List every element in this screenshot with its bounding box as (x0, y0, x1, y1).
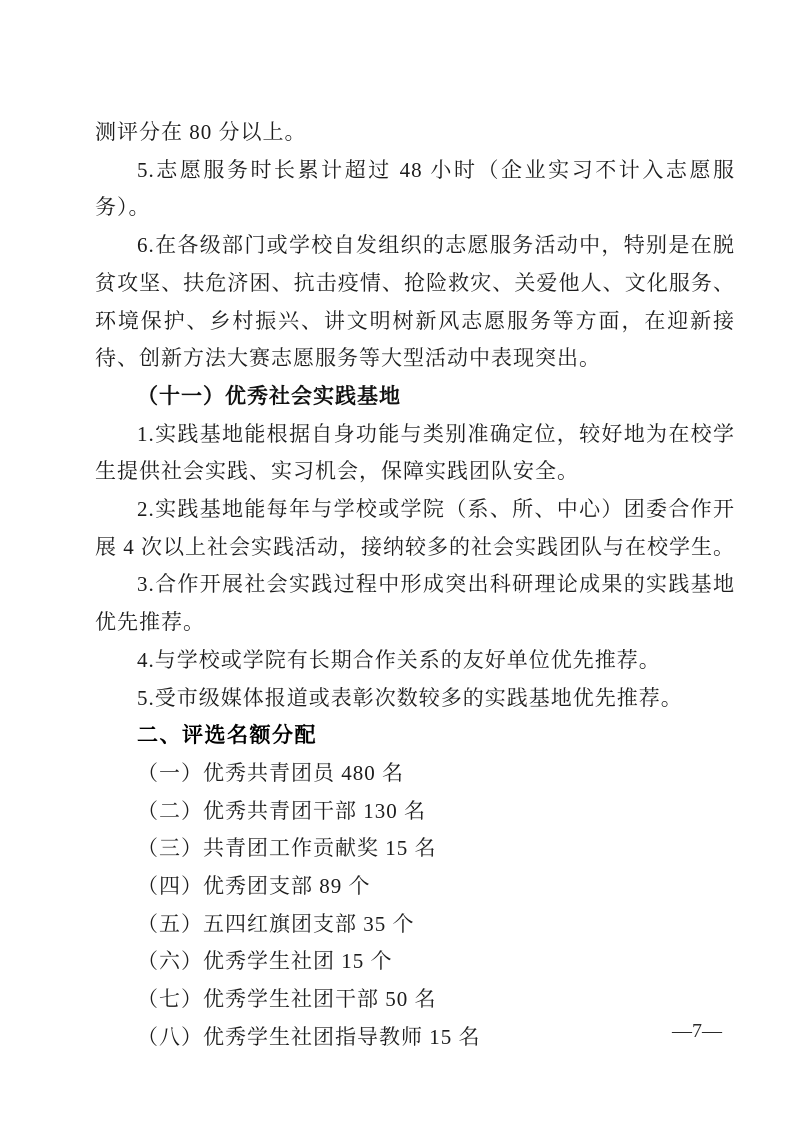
quota-item-3: （三）共青团工作贡献奖 15 名 (95, 830, 735, 868)
intro-continuation-paragraph: 测评分在 80 分以上。 (95, 114, 735, 152)
page-number: —7— (672, 1018, 722, 1044)
subsection-heading-11: （十一）优秀社会实践基地 (95, 378, 735, 416)
quota-item-7: （七）优秀学生社团干部 50 名 (95, 981, 735, 1019)
volunteer-criterion-6: 6.在各级部门或学校自发组织的志愿服务活动中，特别是在脱贫攻坚、扶危济困、抗击疫… (95, 227, 735, 378)
volunteer-criterion-5: 5.志愿服务时长累计超过 48 小时（企业实习不计入志愿服务）。 (95, 152, 735, 227)
practice-base-criterion-1: 1.实践基地能根据自身功能与类别准确定位，较好地为在校学生提供社会实践、实习机会… (95, 416, 735, 491)
quota-item-1: （一）优秀共青团员 480 名 (95, 755, 735, 793)
quota-item-6: （六）优秀学生社团 15 个 (95, 943, 735, 981)
quota-item-8: （八）优秀学生社团指导教师 15 名 (95, 1019, 735, 1057)
quota-item-5: （五）五四红旗团支部 35 个 (95, 906, 735, 944)
document-page: 测评分在 80 分以上。 5.志愿服务时长累计超过 48 小时（企业实习不计入志… (0, 0, 794, 1122)
quota-item-2: （二）优秀共青团干部 130 名 (95, 793, 735, 831)
practice-base-criterion-3: 3.合作开展社会实践过程中形成突出科研理论成果的实践基地优先推荐。 (95, 566, 735, 641)
practice-base-criterion-2: 2.实践基地能每年与学校或学院（系、所、中心）团委合作开展 4 次以上社会实践活… (95, 491, 735, 566)
practice-base-criterion-4: 4.与学校或学院有长期合作关系的友好单位优先推荐。 (95, 642, 735, 680)
document-body: 测评分在 80 分以上。 5.志愿服务时长累计超过 48 小时（企业实习不计入志… (95, 114, 735, 1057)
section-heading-quota-allocation: 二、评选名额分配 (95, 717, 735, 755)
practice-base-criterion-5: 5.受市级媒体报道或表彰次数较多的实践基地优先推荐。 (95, 680, 735, 718)
quota-item-4: （四）优秀团支部 89 个 (95, 868, 735, 906)
